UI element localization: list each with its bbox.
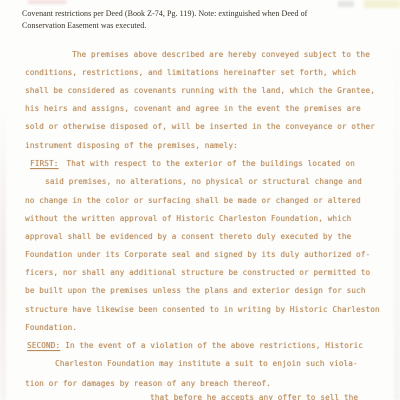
typewriter-line: instrument disposing of the premises, na… xyxy=(25,141,238,150)
typewriter-line: Foundation under its Corporate seal and … xyxy=(25,250,370,259)
typewriter-line: without the written approval of Historic… xyxy=(25,214,351,223)
clause-label: SECOND: xyxy=(27,341,60,350)
typewriter-line: Foundation. xyxy=(25,323,77,332)
typewriter-line: said premises, no alterations, no physic… xyxy=(45,177,362,186)
scan-streak xyxy=(394,30,400,400)
scan-streak xyxy=(0,110,6,400)
clause-label: FIRST: xyxy=(30,159,58,168)
scan-smudge xyxy=(28,0,66,4)
typewriter-line: ficers, nor shall any additional structu… xyxy=(25,268,370,277)
typewriter-line: no change in the color or surfacing shal… xyxy=(25,196,361,205)
annotation-note: Covenant restrictions per Deed (Book Z-7… xyxy=(22,8,352,31)
typewriter-line: Charleston Foundation may institute a su… xyxy=(55,359,358,368)
typewriter-line: sold or otherwise disposed of, will be i… xyxy=(25,122,375,131)
clause-text: In the event of a violation of the above… xyxy=(65,341,363,350)
scan-smudge xyxy=(338,1,354,7)
typewriter-line: tion or for damages by reason of any bre… xyxy=(25,379,271,388)
typewriter-line: structure have likewise been consented t… xyxy=(25,305,380,314)
typewriter-line: his heirs and assigns, covenant and agre… xyxy=(25,104,361,113)
typewriter-line: that before he accepts any offer to sell… xyxy=(150,393,358,400)
typewriter-clause-line: FIRST:That with respect to the exterior … xyxy=(30,159,355,168)
typewriter-line: The premises above described are hereby … xyxy=(72,50,370,59)
typewriter-line: be built upon the premises unless the pl… xyxy=(25,286,365,295)
clause-text: That with respect to the exterior of the… xyxy=(66,159,354,168)
scan-smudge xyxy=(364,0,400,8)
annotation-note-line2: Conservation Easement was executed. xyxy=(22,20,352,32)
typewriter-clause-line: SECOND:In the event of a violation of th… xyxy=(27,341,363,350)
typewriter-line: approval shall be evidenced by a consent… xyxy=(25,232,351,241)
annotation-note-line1: Covenant restrictions per Deed (Book Z-7… xyxy=(22,8,352,20)
typewriter-line: shall be considered as covenants running… xyxy=(25,86,375,95)
typewriter-line: conditions, restrictions, and limitation… xyxy=(25,68,356,77)
document-page: Covenant restrictions per Deed (Book Z-7… xyxy=(0,0,400,400)
